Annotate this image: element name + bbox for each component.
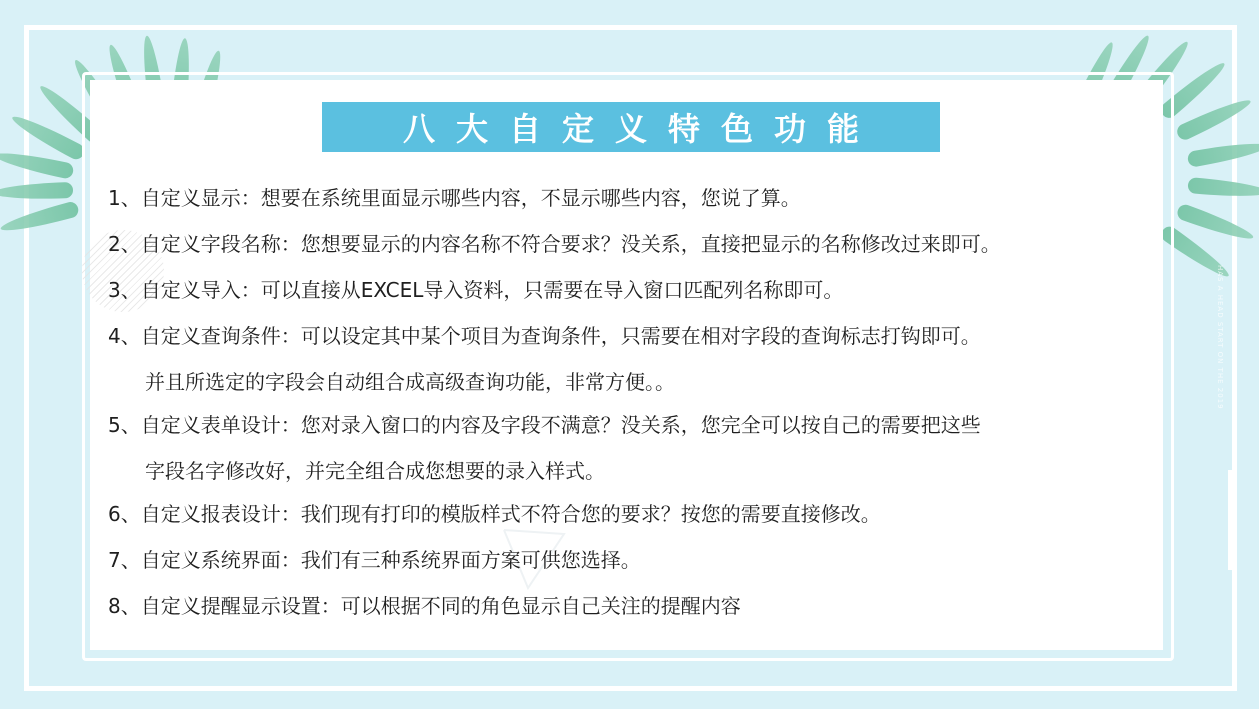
- leaf-icon: [0, 182, 73, 201]
- side-bar-decoration: [1228, 470, 1232, 570]
- page-title: 八大自定义特色功能: [382, 104, 880, 150]
- feature-item-2: 2、自定义字段名称：您想要显示的内容名称不符合要求？没关系，直接把显示的名称修改…: [108, 224, 1001, 270]
- feature-item-4-continued: 并且所选定的字段会自动组合成高级查询功能，非常方便。。: [108, 362, 1001, 405]
- feature-item-6: 6、自定义报表设计：我们现有打印的模版样式不符合您的要求？按您的需要直接修改。: [108, 494, 1001, 540]
- feature-list: 1、自定义显示：想要在系统里面显示哪些内容，不显示哪些内容，您说了算。 2、自定…: [108, 178, 1001, 632]
- feature-item-5-continued: 字段名字修改好，并完全组合成您想要的录入样式。: [108, 451, 1001, 494]
- feature-item-1: 1、自定义显示：想要在系统里面显示哪些内容，不显示哪些内容，您说了算。: [108, 178, 1001, 224]
- feature-item-4: 4、自定义查询条件：可以设定其中某个项目为查询条件，只需要在相对字段的查询标志打…: [108, 316, 1001, 362]
- title-banner: 八大自定义特色功能: [322, 102, 940, 152]
- feature-item-7: 7、自定义系统界面：我们有三种系统界面方案可供您选择。: [108, 540, 1001, 586]
- feature-item-3: 3、自定义导入：可以直接从EXCEL导入资料，只需要在导入窗口匹配列名称即可。: [108, 270, 1001, 316]
- leaf-icon: [1187, 177, 1259, 200]
- feature-item-8: 8、自定义提醒显示设置：可以根据不同的角色显示自己关注的提醒内容: [108, 586, 1001, 632]
- feature-item-5: 5、自定义表单设计：您对录入窗口的内容及字段不满意？没关系，您完全可以按自己的需…: [108, 405, 1001, 451]
- side-vertical-text: HAS A HEAD START ON THE 2019: [1216, 265, 1224, 410]
- leaf-icon: [1187, 138, 1259, 168]
